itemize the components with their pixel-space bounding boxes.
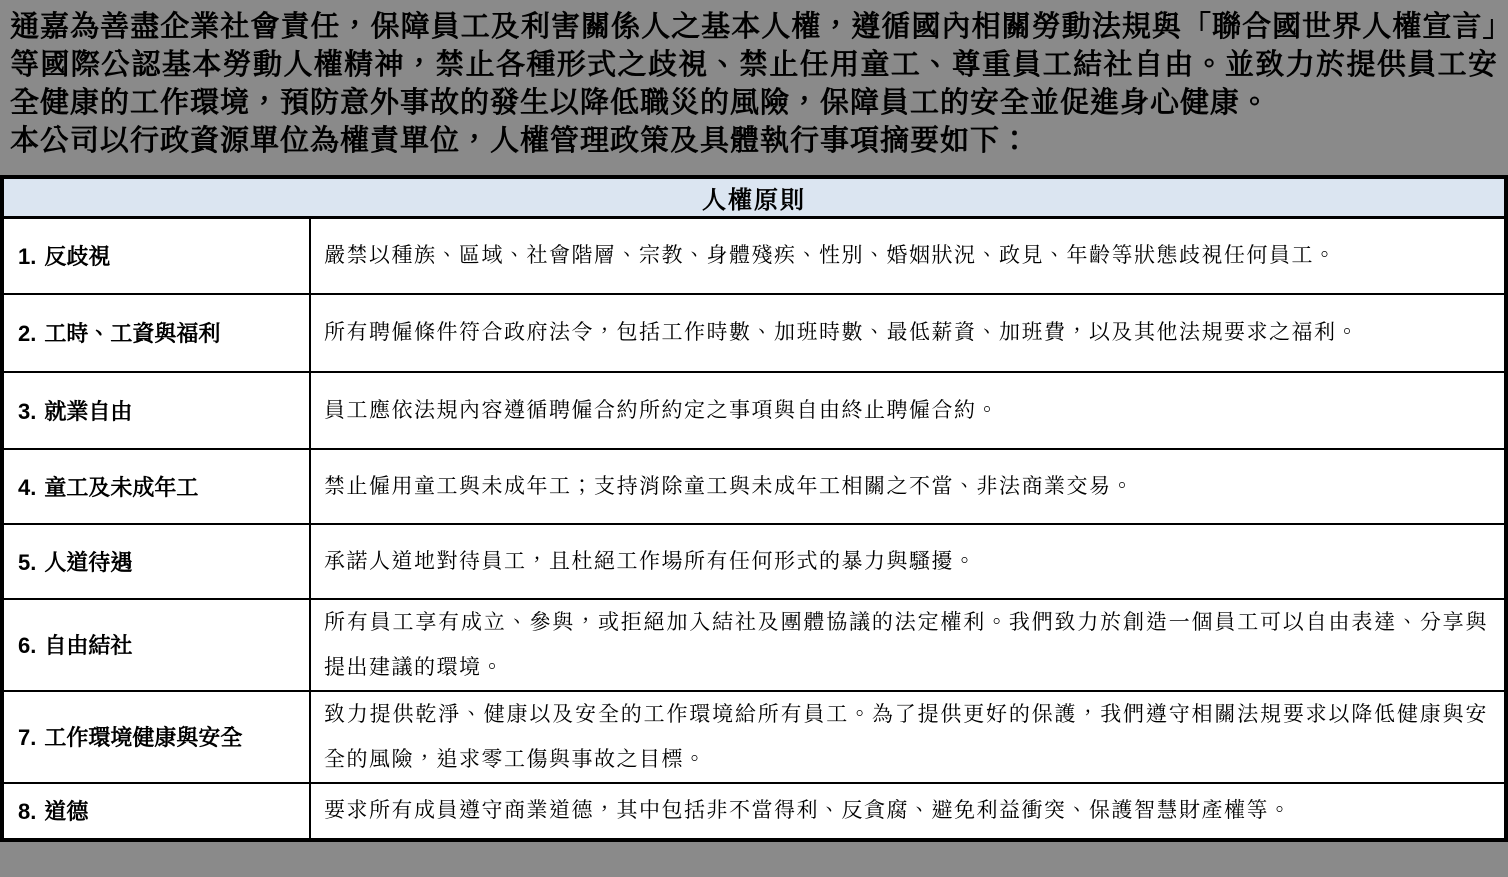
table-row-ethics: 8.道德 要求所有成員遵守商業道德，其中包括非不當得利、反貪腐、避免利益衝突、保… xyxy=(2,783,1506,840)
principle-number: 8. xyxy=(18,799,36,824)
table-row-freedom-of-association: 6.自由結社 所有員工享有成立、參與，或拒絕加入結社及團體協議的法定權利。我們致… xyxy=(2,599,1506,691)
intro-paragraph-2: 本公司以行政資源單位為權責單位，人權管理政策及具體執行事項摘要如下： xyxy=(0,121,1508,159)
principle-name: 自由結社 xyxy=(44,633,132,659)
principle-label: 6.自由結社 xyxy=(2,599,310,691)
principle-name: 工時、工資與福利 xyxy=(44,321,220,347)
principle-description: 所有聘僱條件符合政府法令，包括工作時數、加班時數、最低薪資、加班費，以及其他法規… xyxy=(310,294,1506,372)
principle-description: 致力提供乾淨、健康以及安全的工作環境給所有員工。為了提供更好的保護，我們遵守相關… xyxy=(310,691,1506,783)
principle-label: 5.人道待遇 xyxy=(2,524,310,599)
principle-label: 3.就業自由 xyxy=(2,372,310,449)
principle-description: 承諾人道地對待員工，且杜絕工作場所有任何形式的暴力與騷擾。 xyxy=(310,524,1506,599)
principle-name: 人道待遇 xyxy=(44,550,132,576)
principle-description: 要求所有成員遵守商業道德，其中包括非不當得利、反貪腐、避免利益衝突、保護智慧財產… xyxy=(310,783,1506,840)
intro-paragraph-1: 通嘉為善盡企業社會責任，保障員工及利害關係人之基本人權，遵循國內相關勞動法規與「… xyxy=(0,0,1508,121)
principle-description: 員工應依法規內容遵循聘僱合約所約定之事項與自由終止聘僱合約。 xyxy=(310,372,1506,449)
table-title: 人權原則 xyxy=(2,177,1506,218)
principle-label: 4.童工及未成年工 xyxy=(2,449,310,524)
principle-number: 6. xyxy=(18,633,36,658)
principle-name: 工作環境健康與安全 xyxy=(44,725,242,751)
table-row-hours-wages-benefits: 2.工時、工資與福利 所有聘僱條件符合政府法令，包括工作時數、加班時數、最低薪資… xyxy=(2,294,1506,372)
principle-description: 所有員工享有成立、參與，或拒絕加入結社及團體協議的法定權利。我們致力於創造一個員… xyxy=(310,599,1506,691)
principle-label: 8.道德 xyxy=(2,783,310,840)
principle-number: 3. xyxy=(18,399,36,424)
principle-label: 7.工作環境健康與安全 xyxy=(2,691,310,783)
principle-label: 2.工時、工資與福利 xyxy=(2,294,310,372)
principle-name: 反歧視 xyxy=(44,244,110,270)
principle-label: 1.反歧視 xyxy=(2,218,310,294)
table-row-child-labor: 4.童工及未成年工 禁止僱用童工與未成年工；支持消除童工與未成年工相關之不當、非… xyxy=(2,449,1506,524)
table-header-row: 人權原則 xyxy=(2,177,1506,218)
principle-name: 童工及未成年工 xyxy=(44,475,198,501)
principle-name: 就業自由 xyxy=(44,399,132,425)
table-row-freedom-of-employment: 3.就業自由 員工應依法規內容遵循聘僱合約所約定之事項與自由終止聘僱合約。 xyxy=(2,372,1506,449)
table-row-health-and-safety: 7.工作環境健康與安全 致力提供乾淨、健康以及安全的工作環境給所有員工。為了提供… xyxy=(2,691,1506,783)
principle-number: 7. xyxy=(18,725,36,750)
principle-number: 4. xyxy=(18,475,36,500)
principle-description: 嚴禁以種族、區域、社會階層、宗教、身體殘疾、性別、婚姻狀況、政見、年齡等狀態歧視… xyxy=(310,218,1506,294)
principle-number: 1. xyxy=(18,244,36,269)
principle-description: 禁止僱用童工與未成年工；支持消除童工與未成年工相關之不當、非法商業交易。 xyxy=(310,449,1506,524)
principle-number: 5. xyxy=(18,550,36,575)
table-row-anti-discrimination: 1.反歧視 嚴禁以種族、區域、社會階層、宗教、身體殘疾、性別、婚姻狀況、政見、年… xyxy=(2,218,1506,294)
principle-number: 2. xyxy=(18,321,36,346)
document-viewport: { "intro": { "paragraph1": "通嘉為善盡企業社會責任，… xyxy=(0,0,1508,877)
table-row-humane-treatment: 5.人道待遇 承諾人道地對待員工，且杜絕工作場所有任何形式的暴力與騷擾。 xyxy=(2,524,1506,599)
human-rights-principles-table: 人權原則 1.反歧視 嚴禁以種族、區域、社會階層、宗教、身體殘疾、性別、婚姻狀況… xyxy=(0,175,1508,842)
document-page: 通嘉為善盡企業社會責任，保障員工及利害關係人之基本人權，遵循國內相關勞動法規與「… xyxy=(0,0,1508,877)
principle-name: 道德 xyxy=(44,799,88,825)
